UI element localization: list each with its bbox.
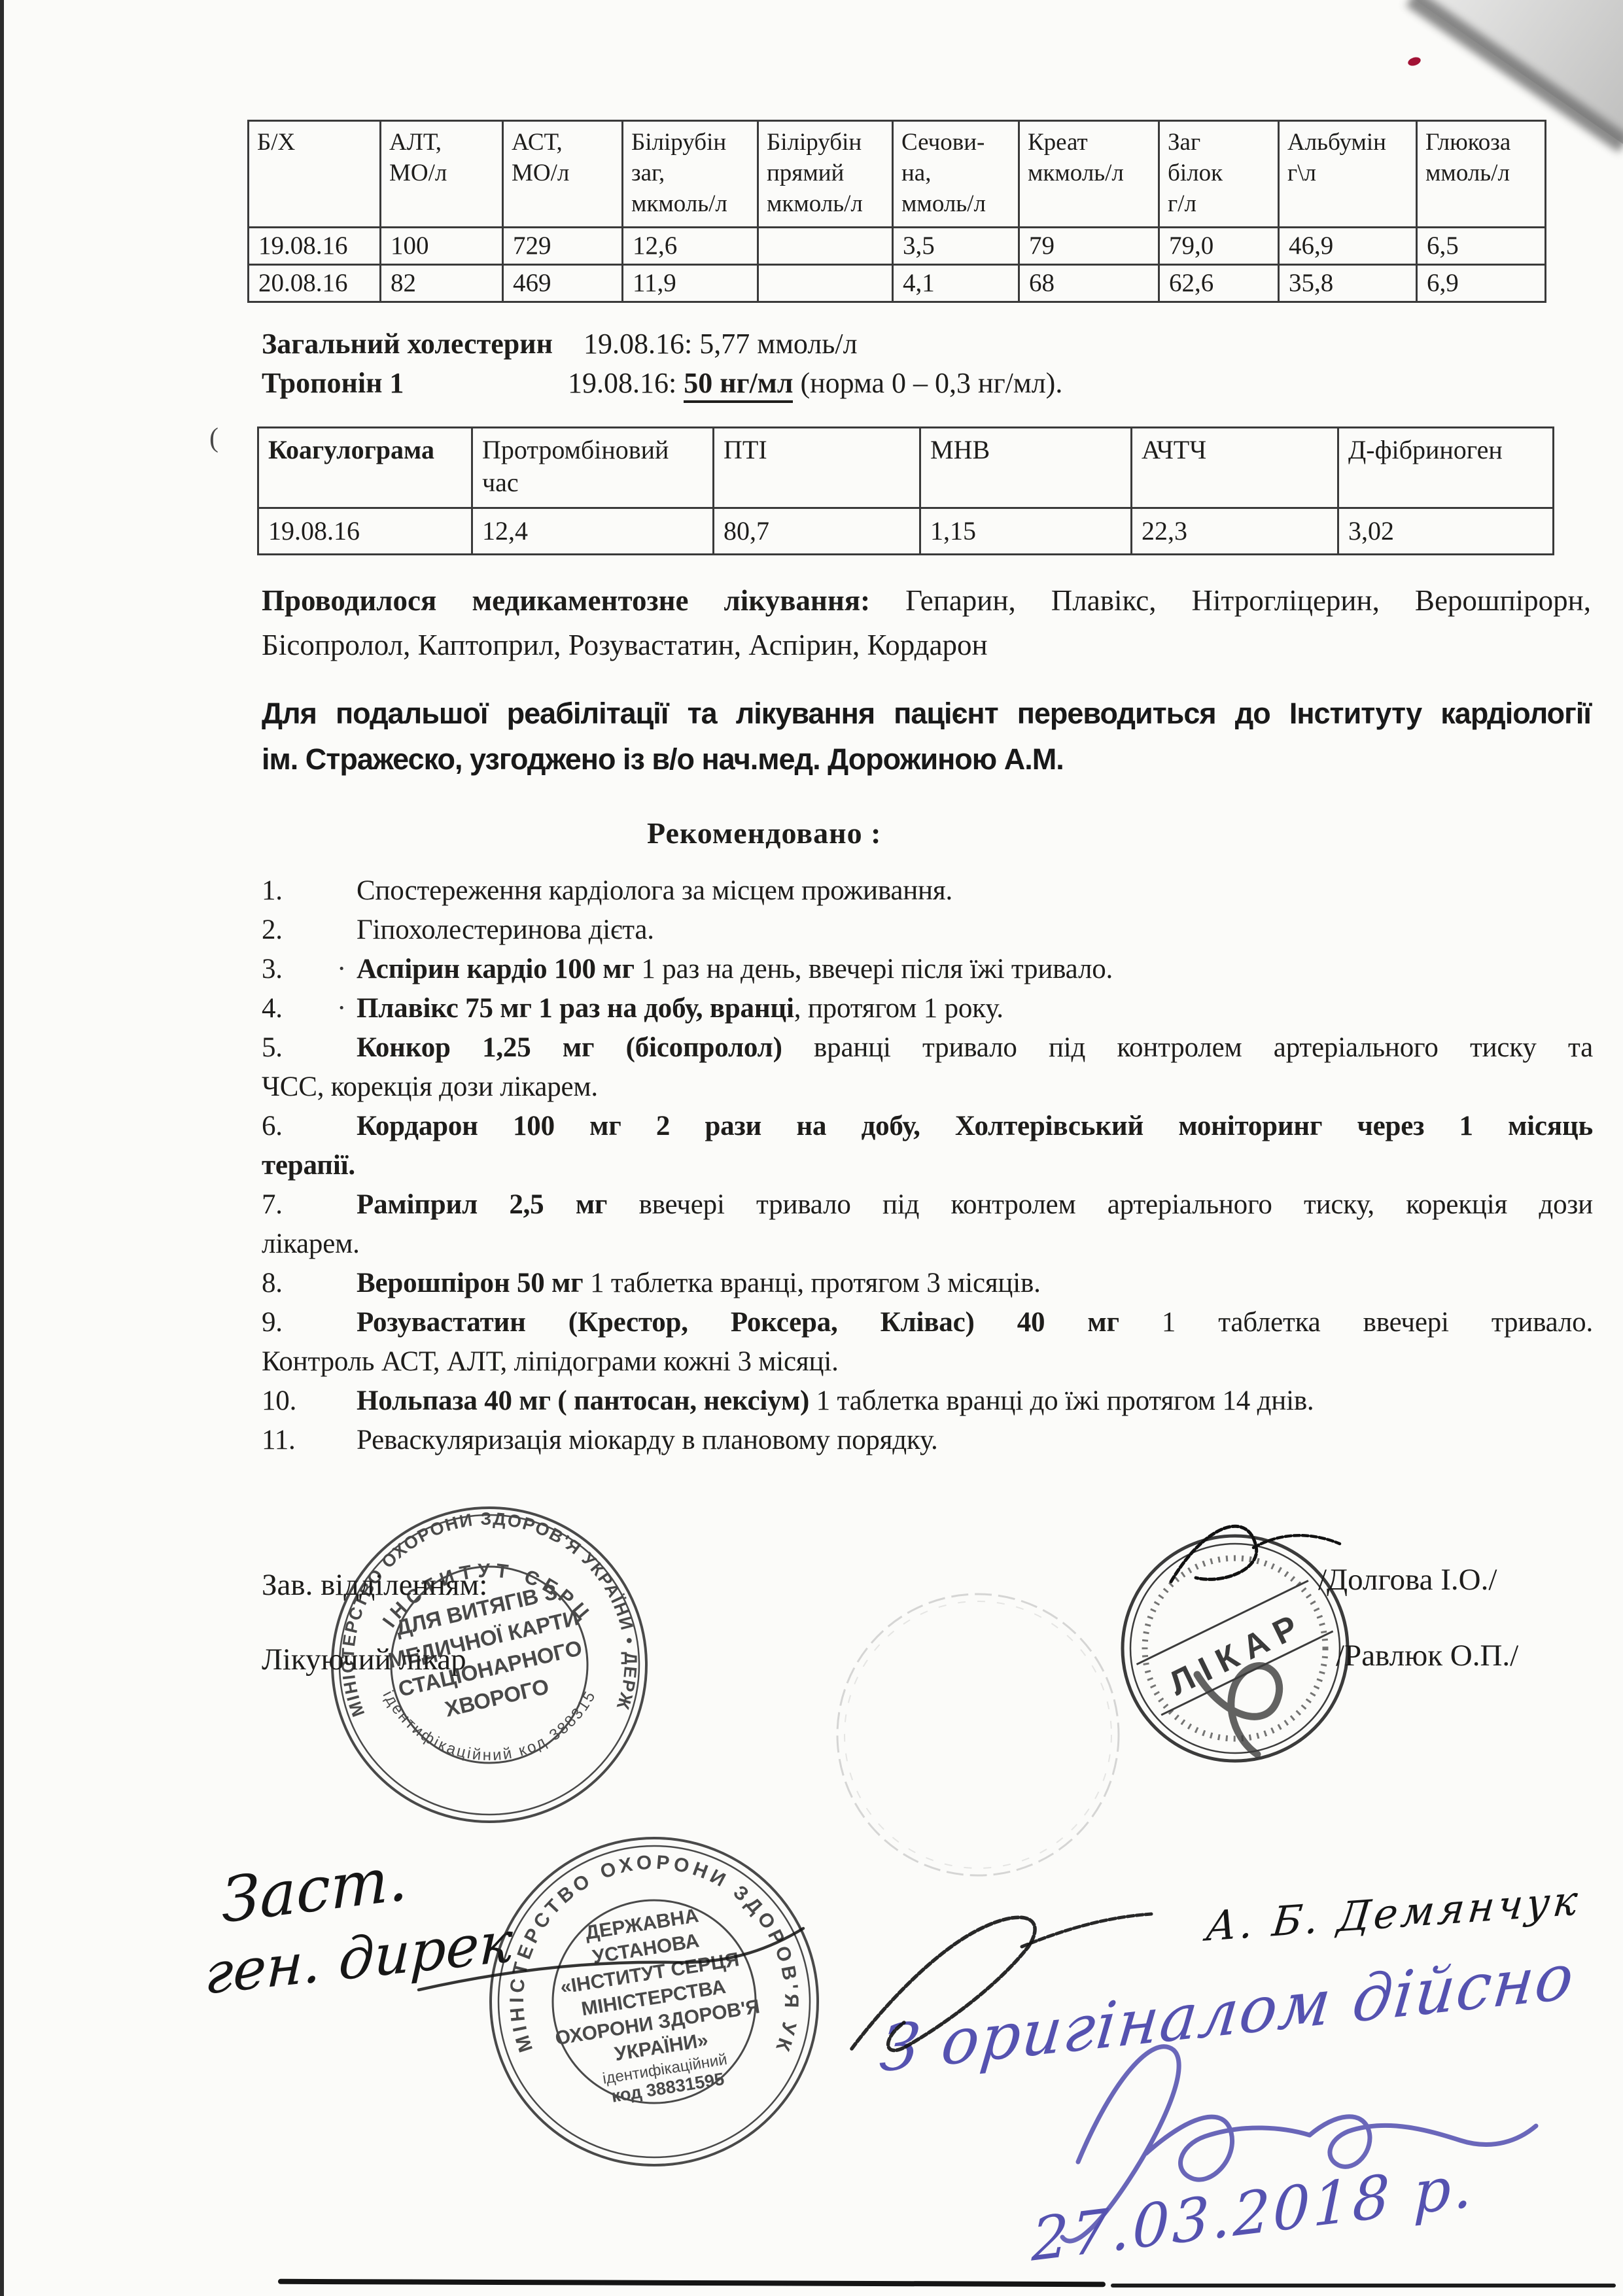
treatment-drugs: Гепарин, Плавікс, Нітрогліцерин, Верошпі…: [870, 584, 1591, 617]
cell: 6,5: [1417, 228, 1546, 265]
stamp-text: ідентифікаційний: [601, 2051, 728, 2088]
scan-left-edge-shadow: [0, 0, 4, 2296]
stamp-text: УСТАНОВА: [591, 1930, 701, 1968]
cell: 12,6: [623, 228, 758, 265]
item-text: ввечері тривало під контролем артеріальн…: [607, 1189, 1593, 1220]
cell: 82: [381, 265, 503, 302]
scan-bottom-streak: [278, 2279, 1106, 2287]
cell: 3,5: [893, 228, 1019, 265]
blue-signature-stroke: [1146, 2117, 1310, 2180]
col-header: Б/Х: [249, 121, 381, 228]
item-text: 1 раз на день, ввечері після їжі тривало…: [635, 954, 1113, 984]
item-drug: Конкор 1,25 мг (бісопролол): [357, 1032, 782, 1063]
col-header: Креат мкмоль/л: [1019, 121, 1159, 228]
stamp-signature-scribble: [1197, 1666, 1280, 1754]
cell: 19.08.16: [258, 508, 472, 555]
recommendations-title: Рекомендовано :: [647, 816, 881, 850]
item-text: 1 таблетка ввечері тривало.: [1119, 1307, 1593, 1338]
scanned-medical-extract: { "bio_table": { "headers": ["Б/Х", "АЛТ…: [0, 0, 1623, 2296]
item-text: Контроль АСТ, АЛТ, ліпідограми кожні 3 м…: [262, 1346, 839, 1377]
stamp-text: УКРАЇНИ»: [613, 2029, 710, 2065]
item-text: вранці тривало під контролем артеріально…: [782, 1032, 1593, 1063]
item-text: Реваскуляризація міокарду в плановому по…: [357, 1425, 938, 1455]
cell: 79: [1019, 228, 1159, 265]
col-header: Глюкоза ммоль/л: [1417, 121, 1546, 228]
item-drug: Верошпірон 50 мг: [357, 1268, 584, 1298]
cell: 22,3: [1132, 508, 1338, 555]
coagulogram-table: Коагулограма Протромбіновий час ПТІ МНВ …: [257, 426, 1554, 555]
item-drug: Раміприл 2,5 мг: [357, 1189, 607, 1220]
item-number: 2.: [262, 911, 357, 950]
treatment-line: Бісопролол, Каптоприл, Розувастатин, Асп…: [262, 623, 1591, 667]
stamp-text: МІНІСТЕРСТВА: [580, 1976, 727, 2020]
item-drug: Плавікс 75 мг 1 раз на добу, вранці: [357, 993, 794, 1024]
list-item: 5.Конкор 1,25 мг (бісопролол) вранці три…: [262, 1028, 1593, 1068]
head-of-department-name: /Долгова І.О./: [1318, 1562, 1497, 1597]
troponin-result: 50 нг/мл: [684, 367, 793, 403]
list-item-continuation: терапії.: [262, 1146, 1593, 1185]
table-row: 19.08.16 100 729 12,6 3,5 79 79,0 46,9 6…: [249, 228, 1546, 265]
stamp-text: ЛІКАР: [1163, 1605, 1312, 1703]
transfer-line: ім. Стражеско, узгоджено із в/о нач.мед.…: [262, 737, 1591, 782]
cell: 12,4: [472, 508, 714, 555]
item-text: лікарем.: [262, 1228, 360, 1259]
item-number: 5.: [262, 1028, 357, 1068]
table-header-row: Коагулограма Протромбіновий час ПТІ МНВ …: [258, 428, 1554, 508]
item-drug: Розувастатин (Крестор, Роксера, Клівас) …: [357, 1307, 1119, 1338]
item-text: терапії.: [262, 1150, 355, 1181]
biochemistry-table: Б/Х АЛТ, МО/л АСТ, МО/л Білірубін заг, м…: [247, 120, 1546, 303]
col-header: АЧТЧ: [1132, 428, 1338, 508]
cell: 4,1: [893, 265, 1019, 302]
stray-paren-mark: (: [209, 423, 218, 454]
col-header: Альбумін г\л: [1279, 121, 1417, 228]
head-of-department-label: Зав. відділенням:: [262, 1567, 487, 1603]
treatment-line: Проводилося медикаментозне лікування: Ге…: [262, 578, 1591, 623]
item-text: Спостереження кардіолога за місцем прожи…: [357, 875, 952, 906]
table-header-row: Б/Х АЛТ, МО/л АСТ, МО/л Білірубін заг, м…: [249, 121, 1546, 228]
col-header: Сечови- на, ммоль/л: [893, 121, 1019, 228]
item-number: 11.: [262, 1421, 357, 1460]
cell: 35,8: [1279, 265, 1417, 302]
stamp-text: код 38831595: [610, 2069, 725, 2106]
cell: 469: [503, 265, 623, 302]
col-header: АЛТ, МО/л: [381, 121, 503, 228]
item-drug: Нольпаза 40 мг ( пантосан, нексіум): [357, 1385, 809, 1416]
col-header: Д-фібриноген: [1338, 428, 1554, 508]
list-item: 9.Розувастатин (Крестор, Роксера, Клівас…: [262, 1303, 1593, 1342]
item-drug: Кордарон 100 мг 2 рази на добу, Холтерів…: [357, 1111, 1593, 1141]
item-text: 1 таблетка вранці, протягом 3 місяців.: [584, 1268, 1041, 1298]
black-ink-signatures: [419, 1526, 1340, 2050]
list-item: 3.·Аспірин кардіо 100 мг 1 раз на день, …: [262, 950, 1593, 989]
stamp-text: «ІНСТИТУТ СЕРЦЯ: [559, 1949, 741, 1998]
stamp-text: ОХОРОНИ ЗДОРОВ'Я: [553, 1996, 761, 2049]
item-text: Гіпохолестеринова дієта.: [357, 914, 654, 945]
list-item-continuation: Контроль АСТ, АЛТ, ліпідограми кожні 3 м…: [262, 1342, 1593, 1382]
cell: 68: [1019, 265, 1159, 302]
stamp-text: ХВОРОГО: [443, 1674, 551, 1721]
head-signature: [1171, 1526, 1257, 1582]
list-item: 1.Спостереження кардіолога за місцем про…: [262, 871, 1593, 911]
item-number: 9.: [262, 1303, 357, 1342]
troponin-label: Тропонін 1: [262, 366, 404, 400]
handwritten-name: А. Б. Демянчук: [1204, 1876, 1583, 1951]
recommendations-list: 1.Спостереження кардіолога за місцем про…: [262, 871, 1593, 1460]
stamp-text: ДЕРЖАВНА: [584, 1905, 700, 1944]
transfer-line: Для подальшої реабілітації та лікування …: [262, 691, 1591, 737]
cell: 80,7: [714, 508, 920, 555]
handwritten-date: 27.03.2018 р.: [1031, 2151, 1475, 2275]
col-header: МНВ: [920, 428, 1132, 508]
cell: 1,15: [920, 508, 1132, 555]
item-drug: Аспірин кардіо 100 мг: [357, 954, 635, 984]
list-item-continuation: лікарем.: [262, 1225, 1593, 1264]
col-header: Коагулограма: [258, 428, 472, 508]
item-number: 7.: [262, 1185, 357, 1225]
faint-round-stamp: [837, 1594, 1119, 1875]
list-item: 8.Верошпірон 50 мг 1 таблетка вранці, пр…: [262, 1264, 1593, 1303]
item-number: 6.: [262, 1107, 357, 1146]
troponin-date: 19.08.16:: [568, 367, 684, 399]
doctor-round-stamp: ЛІКАР: [1123, 1536, 1348, 1761]
list-item: 7.Раміприл 2,5 мг ввечері тривало під ко…: [262, 1185, 1593, 1225]
col-header: Протромбіновий час: [472, 428, 714, 508]
attending-doctor-label: Лікуючий лікар: [262, 1642, 466, 1677]
attending-doctor-name: /Равлюк О.П./: [1336, 1638, 1518, 1673]
troponin-value: 19.08.16: 50 нг/мл (норма 0 – 0,3 нг/мл)…: [568, 366, 1062, 400]
cell: [758, 265, 893, 302]
list-item: 4.·Плавікс 75 мг 1 раз на добу, вранці, …: [262, 989, 1593, 1028]
list-item: 11.Реваскуляризація міокарду в плановому…: [262, 1421, 1593, 1460]
col-header: Білірубін прямий мкмоль/л: [758, 121, 893, 228]
cell: 62,6: [1159, 265, 1279, 302]
cell: 19.08.16: [249, 228, 381, 265]
troponin-norm: (норма 0 – 0,3 нг/мл).: [793, 367, 1062, 399]
table-row: 20.08.16 82 469 11,9 4,1 68 62,6 35,8 6,…: [249, 265, 1546, 302]
item-text: , протягом 1 року.: [794, 993, 1003, 1024]
head-signature-tail: [1253, 1535, 1340, 1548]
table-row: 19.08.16 12,4 80,7 1,15 22,3 3,02: [258, 508, 1554, 555]
list-item: 10.Нольпаза 40 мг ( пантосан, нексіум) 1…: [262, 1382, 1593, 1421]
transfer-paragraph: Для подальшої реабілітації та лікування …: [262, 691, 1591, 782]
cell: 46,9: [1279, 228, 1417, 265]
bottom-black-signature-tail: [1022, 1914, 1151, 1947]
item-number: 8.: [262, 1264, 357, 1303]
item-number: 1.: [262, 871, 357, 911]
cell: 3,02: [1338, 508, 1554, 555]
cell: 100: [381, 228, 503, 265]
item-text: ЧСС, корекція дози лікарем.: [262, 1071, 598, 1102]
scan-bottom-streak: [1111, 2284, 1616, 2287]
handwritten-certified-copy-note: З оригіналом дійсно: [877, 1939, 1578, 2087]
list-item: 2.Гіпохолестеринова дієта.: [262, 911, 1593, 950]
cell: 20.08.16: [249, 265, 381, 302]
col-header: АСТ, МО/л: [503, 121, 623, 228]
cell: [758, 228, 893, 265]
cell: 6,9: [1417, 265, 1546, 302]
cholesterol-label: Загальний холестерин: [262, 327, 553, 360]
cholesterol-value: 19.08.16: 5,77 ммоль/л: [584, 327, 858, 360]
red-ink-mark: [1407, 56, 1422, 67]
list-item: 6.Кордарон 100 мг 2 рази на добу, Холтер…: [262, 1107, 1593, 1146]
col-header: Білірубін заг, мкмоль/л: [623, 121, 758, 228]
cell: 11,9: [623, 265, 758, 302]
list-item-continuation: ЧСС, корекція дози лікарем.: [262, 1068, 1593, 1107]
col-header: ПТІ: [714, 428, 920, 508]
item-number: 10.: [262, 1382, 357, 1421]
treatment-lead: Проводилося медикаментозне лікування:: [262, 584, 870, 617]
cell: 79,0: [1159, 228, 1279, 265]
treatment-paragraph: Проводилося медикаментозне лікування: Ге…: [262, 578, 1591, 667]
col-header: Заг білок г/л: [1159, 121, 1279, 228]
cell: 729: [503, 228, 623, 265]
item-text: 1 таблетка вранці до їжі протягом 14 дні…: [809, 1385, 1314, 1416]
